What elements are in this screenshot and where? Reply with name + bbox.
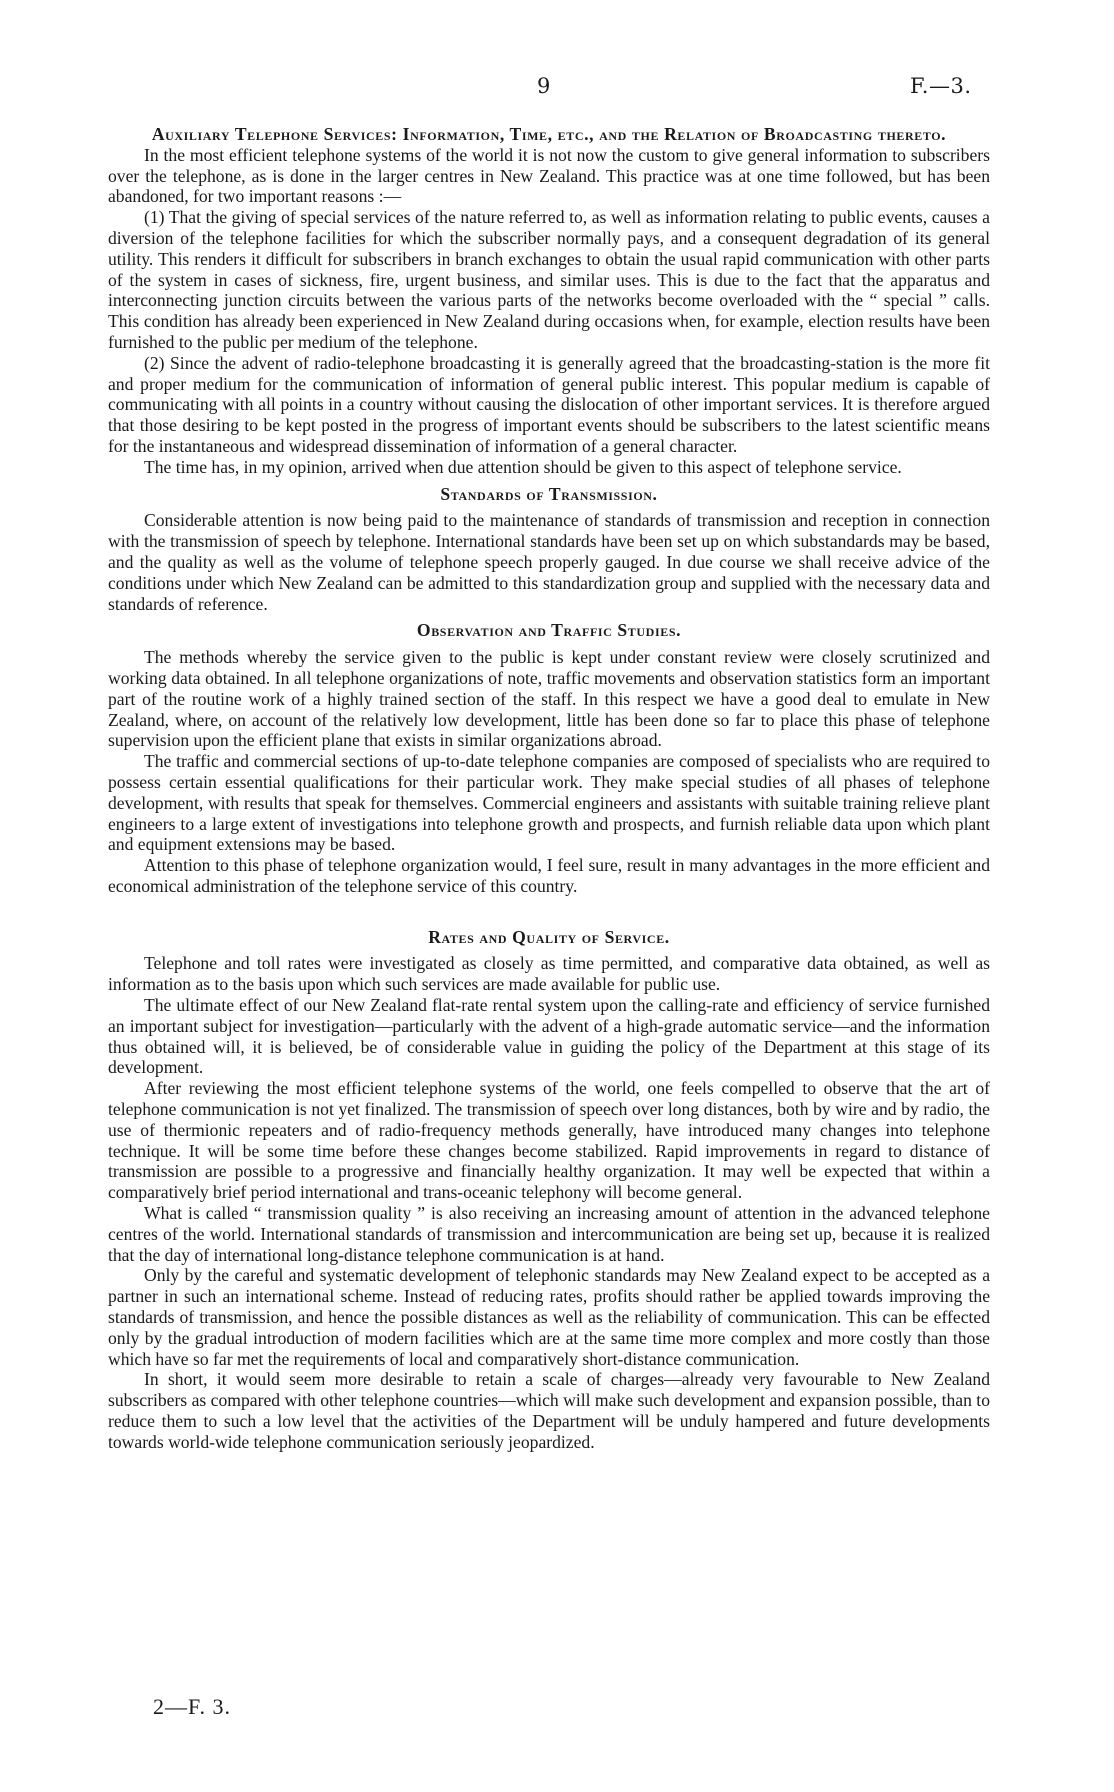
paragraph: The time has, in my opinion, arrived whe… [108, 457, 990, 478]
section-observation-traffic: Observation and Traffic Studies. The met… [108, 620, 990, 896]
paragraph: The traffic and commercial sections of u… [108, 751, 990, 855]
paragraph: In the most efficient telephone systems … [108, 145, 990, 207]
signature-mark: 2—F. 3. [153, 1694, 231, 1720]
document-body: Auxiliary Telephone Services: Informatio… [108, 124, 990, 1453]
section-auxiliary-services: Auxiliary Telephone Services: Informatio… [108, 124, 990, 478]
document-reference: F.—3. [910, 74, 972, 98]
paragraph: Considerable attention is now being paid… [108, 510, 990, 614]
section-heading: Standards of Transmission. [108, 484, 990, 505]
paragraph: Only by the careful and systematic devel… [108, 1265, 990, 1369]
paragraph: The ultimate effect of our New Zealand f… [108, 995, 990, 1078]
page-header: 9 F.—3. [0, 74, 1114, 104]
section-heading: Observation and Traffic Studies. [108, 620, 990, 641]
paragraph: What is called “ transmission quality ” … [108, 1203, 990, 1265]
paragraph: (2) Since the advent of radio-telephone … [108, 353, 990, 457]
paragraph: In short, it would seem more desirable t… [108, 1369, 990, 1452]
paragraph: Telephone and toll rates were investigat… [108, 953, 990, 995]
paragraph: (1) That the giving of special services … [108, 207, 990, 353]
section-heading: Rates and Quality of Service. [108, 927, 990, 948]
paragraph: Attention to this phase of telephone org… [108, 855, 990, 897]
section-heading: Auxiliary Telephone Services: Informatio… [108, 124, 990, 145]
section-standards-of-transmission: Standards of Transmission. Considerable … [108, 484, 990, 615]
paragraph: After reviewing the most efficient telep… [108, 1078, 990, 1203]
paragraph: The methods whereby the service given to… [108, 647, 990, 751]
section-rates-quality: Rates and Quality of Service. Telephone … [108, 927, 990, 1453]
page-number: 9 [537, 74, 550, 98]
